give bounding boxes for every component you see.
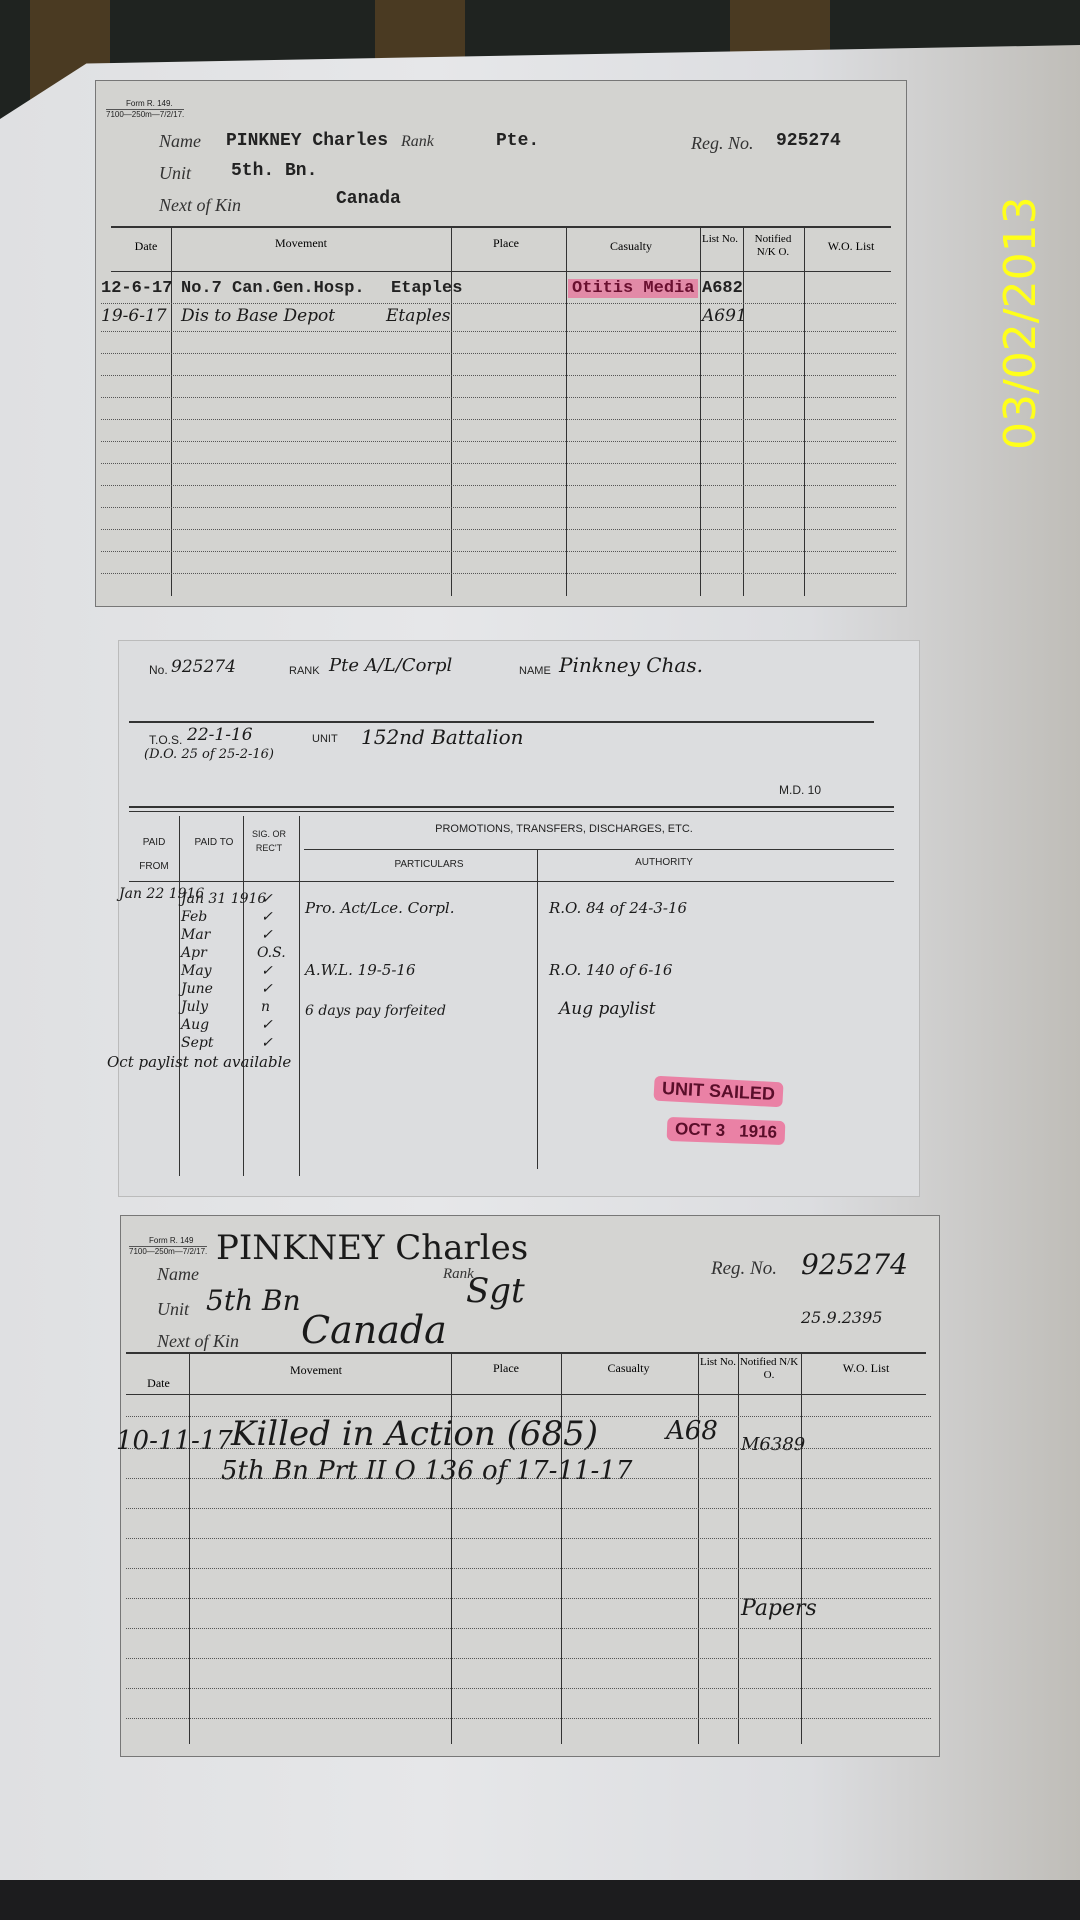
pay-signature: ✓ xyxy=(261,891,273,907)
name-value: PINKNEY Charles xyxy=(216,1228,528,1268)
column-header: Date xyxy=(131,1376,186,1391)
row1-movement: No.7 Can.Gen.Hosp. xyxy=(181,279,365,298)
row1-list-no: A68 xyxy=(666,1416,718,1446)
column-header: Casualty xyxy=(561,1361,696,1376)
form-number: Form R. 149. xyxy=(126,99,173,108)
column-header-authority: AUTHORITY xyxy=(549,857,779,868)
unit-label: UNIT xyxy=(312,733,338,745)
particulars-entry: 6 days pay forfeited xyxy=(305,1003,446,1019)
rank-label: Rank xyxy=(401,133,434,151)
background-edge xyxy=(0,1880,1080,1920)
rank-value: Pte A/L/Corpl xyxy=(329,655,452,676)
column-header: Notified N/K O. xyxy=(744,233,802,259)
column-header: List No. xyxy=(699,1356,737,1369)
reg-no-value: 925274 xyxy=(801,1248,908,1281)
column-header-particulars: PARTICULARS xyxy=(319,859,539,870)
column-header: List No. xyxy=(701,233,739,246)
row1-list-no: A682 xyxy=(702,279,743,298)
side-number: 25.9.2395 xyxy=(801,1308,882,1327)
unit-sailed-date-stamp: OCT 3 1916 xyxy=(667,1117,786,1145)
reg-no-label: Reg. No. xyxy=(711,1258,777,1280)
unit-value: 152nd Battalion xyxy=(361,725,524,749)
column-header: Date xyxy=(116,239,176,254)
name-label: Name xyxy=(157,1264,199,1285)
column-header: Place xyxy=(451,1361,561,1376)
row1-notified: M6389 xyxy=(741,1434,805,1455)
column-header: Place xyxy=(451,236,561,251)
name-label: Name xyxy=(159,131,201,152)
pay-signature: ✓ xyxy=(261,981,273,997)
name-value: PINKNEY Charles xyxy=(226,131,388,151)
unit-label: Unit xyxy=(159,163,191,184)
row1-date: 12-6-17 xyxy=(101,279,172,298)
unit-sailed-stamp: UNIT SAILED xyxy=(653,1076,783,1108)
column-header: W.O. List xyxy=(806,239,896,254)
name-value: Pinkney Chas. xyxy=(559,653,703,677)
pay-signature: ✓ xyxy=(261,909,273,925)
pay-month: Mar xyxy=(181,927,210,943)
next-of-kin-value: Canada xyxy=(336,189,401,209)
row2-movement: Dis to Base Depot xyxy=(181,306,335,326)
column-header: Movement xyxy=(171,236,431,251)
row2-date: 19-6-17 xyxy=(101,306,167,326)
pay-month: Aug xyxy=(181,1017,209,1033)
papers-note: Papers xyxy=(741,1596,817,1621)
pay-month: June xyxy=(181,981,213,997)
reg-no-value: 925274 xyxy=(776,131,841,151)
pay-signature: ✓ xyxy=(261,927,273,943)
authority-entry: R.O. 140 of 6-16 xyxy=(549,961,672,979)
rank-value: Sgt xyxy=(466,1271,525,1311)
rank-label: RANK xyxy=(289,665,320,677)
pay-month: Jan 31 1916 xyxy=(181,891,266,907)
tos-note: (D.O. 25 of 25-2-16) xyxy=(144,747,274,762)
pay-month: May xyxy=(181,963,212,979)
no-label: No. xyxy=(149,663,168,677)
unit-value: 5th Bn xyxy=(206,1284,301,1317)
column-header-sig: SIG. OR REC'T xyxy=(244,827,294,855)
pay-signature: ✓ xyxy=(261,1035,273,1051)
form-reference: M.D. 10 xyxy=(779,783,821,797)
photo-date-stamp: 03/02/2013 xyxy=(995,196,1046,450)
unit-value: 5th. Bn. xyxy=(231,161,317,181)
pay-signature: O.S. xyxy=(257,945,286,961)
pay-month: Apr xyxy=(181,945,207,961)
reg-no-label: Reg. No. xyxy=(691,133,754,154)
unit-label: Unit xyxy=(157,1299,189,1320)
name-label: NAME xyxy=(519,665,551,677)
column-header-paid-to: PAID TO xyxy=(189,831,239,855)
tos-value: 22-1-16 xyxy=(187,725,253,745)
pay-signature: ✓ xyxy=(261,963,273,979)
column-header: Movement xyxy=(191,1363,441,1378)
casualty-card-typed: Form R. 149. 7100—250m—7/2/17. Name PINK… xyxy=(95,80,907,607)
next-of-kin-value: Canada xyxy=(301,1308,447,1352)
column-header-paid-from: PAID FROM xyxy=(129,831,179,879)
next-of-kin-label: Next of Kin xyxy=(159,195,241,216)
rank-value: Pte. xyxy=(496,131,539,151)
pay-month: July xyxy=(181,999,208,1015)
tos-label: T.O.S. xyxy=(149,733,182,747)
form-print-code: 7100—250m—7/2/17. xyxy=(106,109,184,119)
row1-date: 10-11-17 xyxy=(116,1426,233,1456)
pay-signature: n xyxy=(261,999,270,1015)
no-value: 925274 xyxy=(171,657,236,677)
row2-text: 5th Bn Prt II O 136 of 17-11-17 xyxy=(221,1456,632,1486)
particulars-entry: A.W.L. 19-5-16 xyxy=(305,961,416,979)
column-header: Casualty xyxy=(566,239,696,254)
row1-casualty-highlighted: Otitis Media xyxy=(568,279,698,298)
row2-list-no: A691 xyxy=(702,306,747,326)
pay-record-card: No. 925274 RANK Pte A/L/Corpl NAME Pinkn… xyxy=(118,640,920,1197)
particulars-entry: Pro. Act/Lce. Corpl. xyxy=(305,899,455,917)
next-of-kin-label: Next of Kin xyxy=(157,1331,239,1352)
row1-place: Etaples xyxy=(391,279,462,298)
pay-month: Feb xyxy=(181,909,207,925)
pay-signature: ✓ xyxy=(261,1017,273,1033)
form-print-code: 7100—250m—7/2/17. xyxy=(129,1246,207,1256)
section-header-promotions: PROMOTIONS, TRANSFERS, DISCHARGES, ETC. xyxy=(354,823,774,835)
pay-note: Oct paylist not available xyxy=(107,1053,291,1071)
pay-month: Sept xyxy=(181,1035,213,1051)
column-header: W.O. List xyxy=(806,1361,926,1376)
column-header: Notified N/K O. xyxy=(739,1356,799,1382)
casualty-card-handwritten: Form R. 149 7100—250m—7/2/17. PINKNEY Ch… xyxy=(120,1215,940,1757)
form-number: Form R. 149 xyxy=(149,1236,193,1245)
authority-entry: Aug paylist xyxy=(559,999,656,1019)
row2-place: Etaples xyxy=(386,306,450,326)
authority-entry: R.O. 84 of 24-3-16 xyxy=(549,899,687,917)
